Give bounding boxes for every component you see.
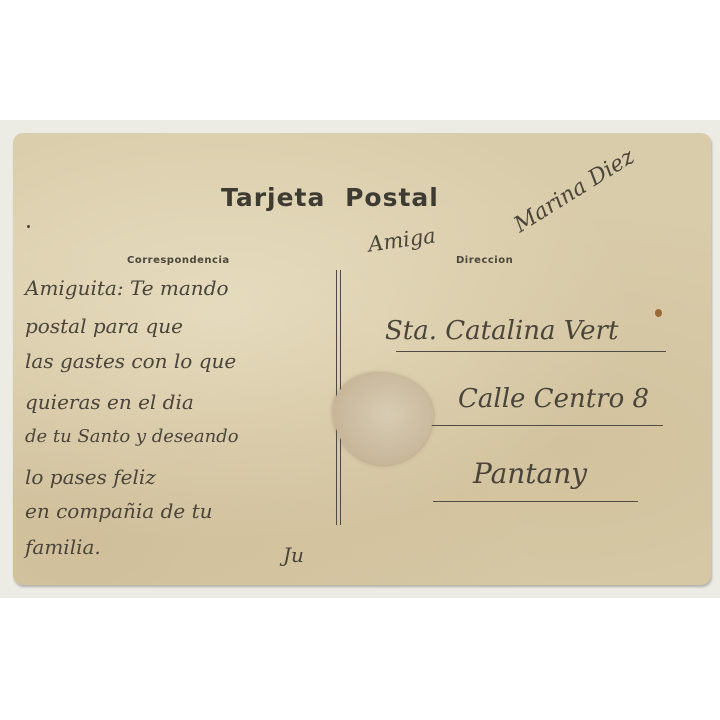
sender-name: Marina Diez: [510, 144, 639, 238]
address-underline: [433, 501, 638, 502]
address-underline: [423, 425, 663, 426]
paper-stain: [333, 373, 433, 465]
message-line: familia.: [25, 535, 101, 559]
greeting-note: Amiga: [367, 223, 437, 256]
message-line: de tu Santo y deseando: [25, 426, 239, 447]
message-line: postal para que: [25, 314, 183, 338]
postcard: Tarjeta Postal Correspondencia Direccion…: [13, 133, 711, 585]
address-underline: [396, 351, 666, 352]
message-line: en compañia de tu: [25, 499, 212, 523]
recipient-street: Calle Centro 8: [458, 384, 649, 414]
message-line: Amiguita: Te mando: [25, 276, 229, 300]
message-line: quieras en el dia: [25, 390, 194, 414]
printed-title: Tarjeta Postal: [221, 183, 439, 212]
message-line: lo pases feliz: [25, 465, 156, 489]
message-line: las gastes con lo que: [25, 349, 236, 373]
rust-spot: [655, 309, 662, 317]
address-label: Direccion: [456, 255, 513, 266]
correspondence-label: Correspondencia: [127, 255, 230, 266]
message-signature: Ju: [283, 543, 304, 567]
recipient-town: Pantany: [473, 457, 587, 490]
recipient-name: Sta. Catalina Vert: [385, 316, 618, 346]
ink-dot: [27, 225, 30, 228]
